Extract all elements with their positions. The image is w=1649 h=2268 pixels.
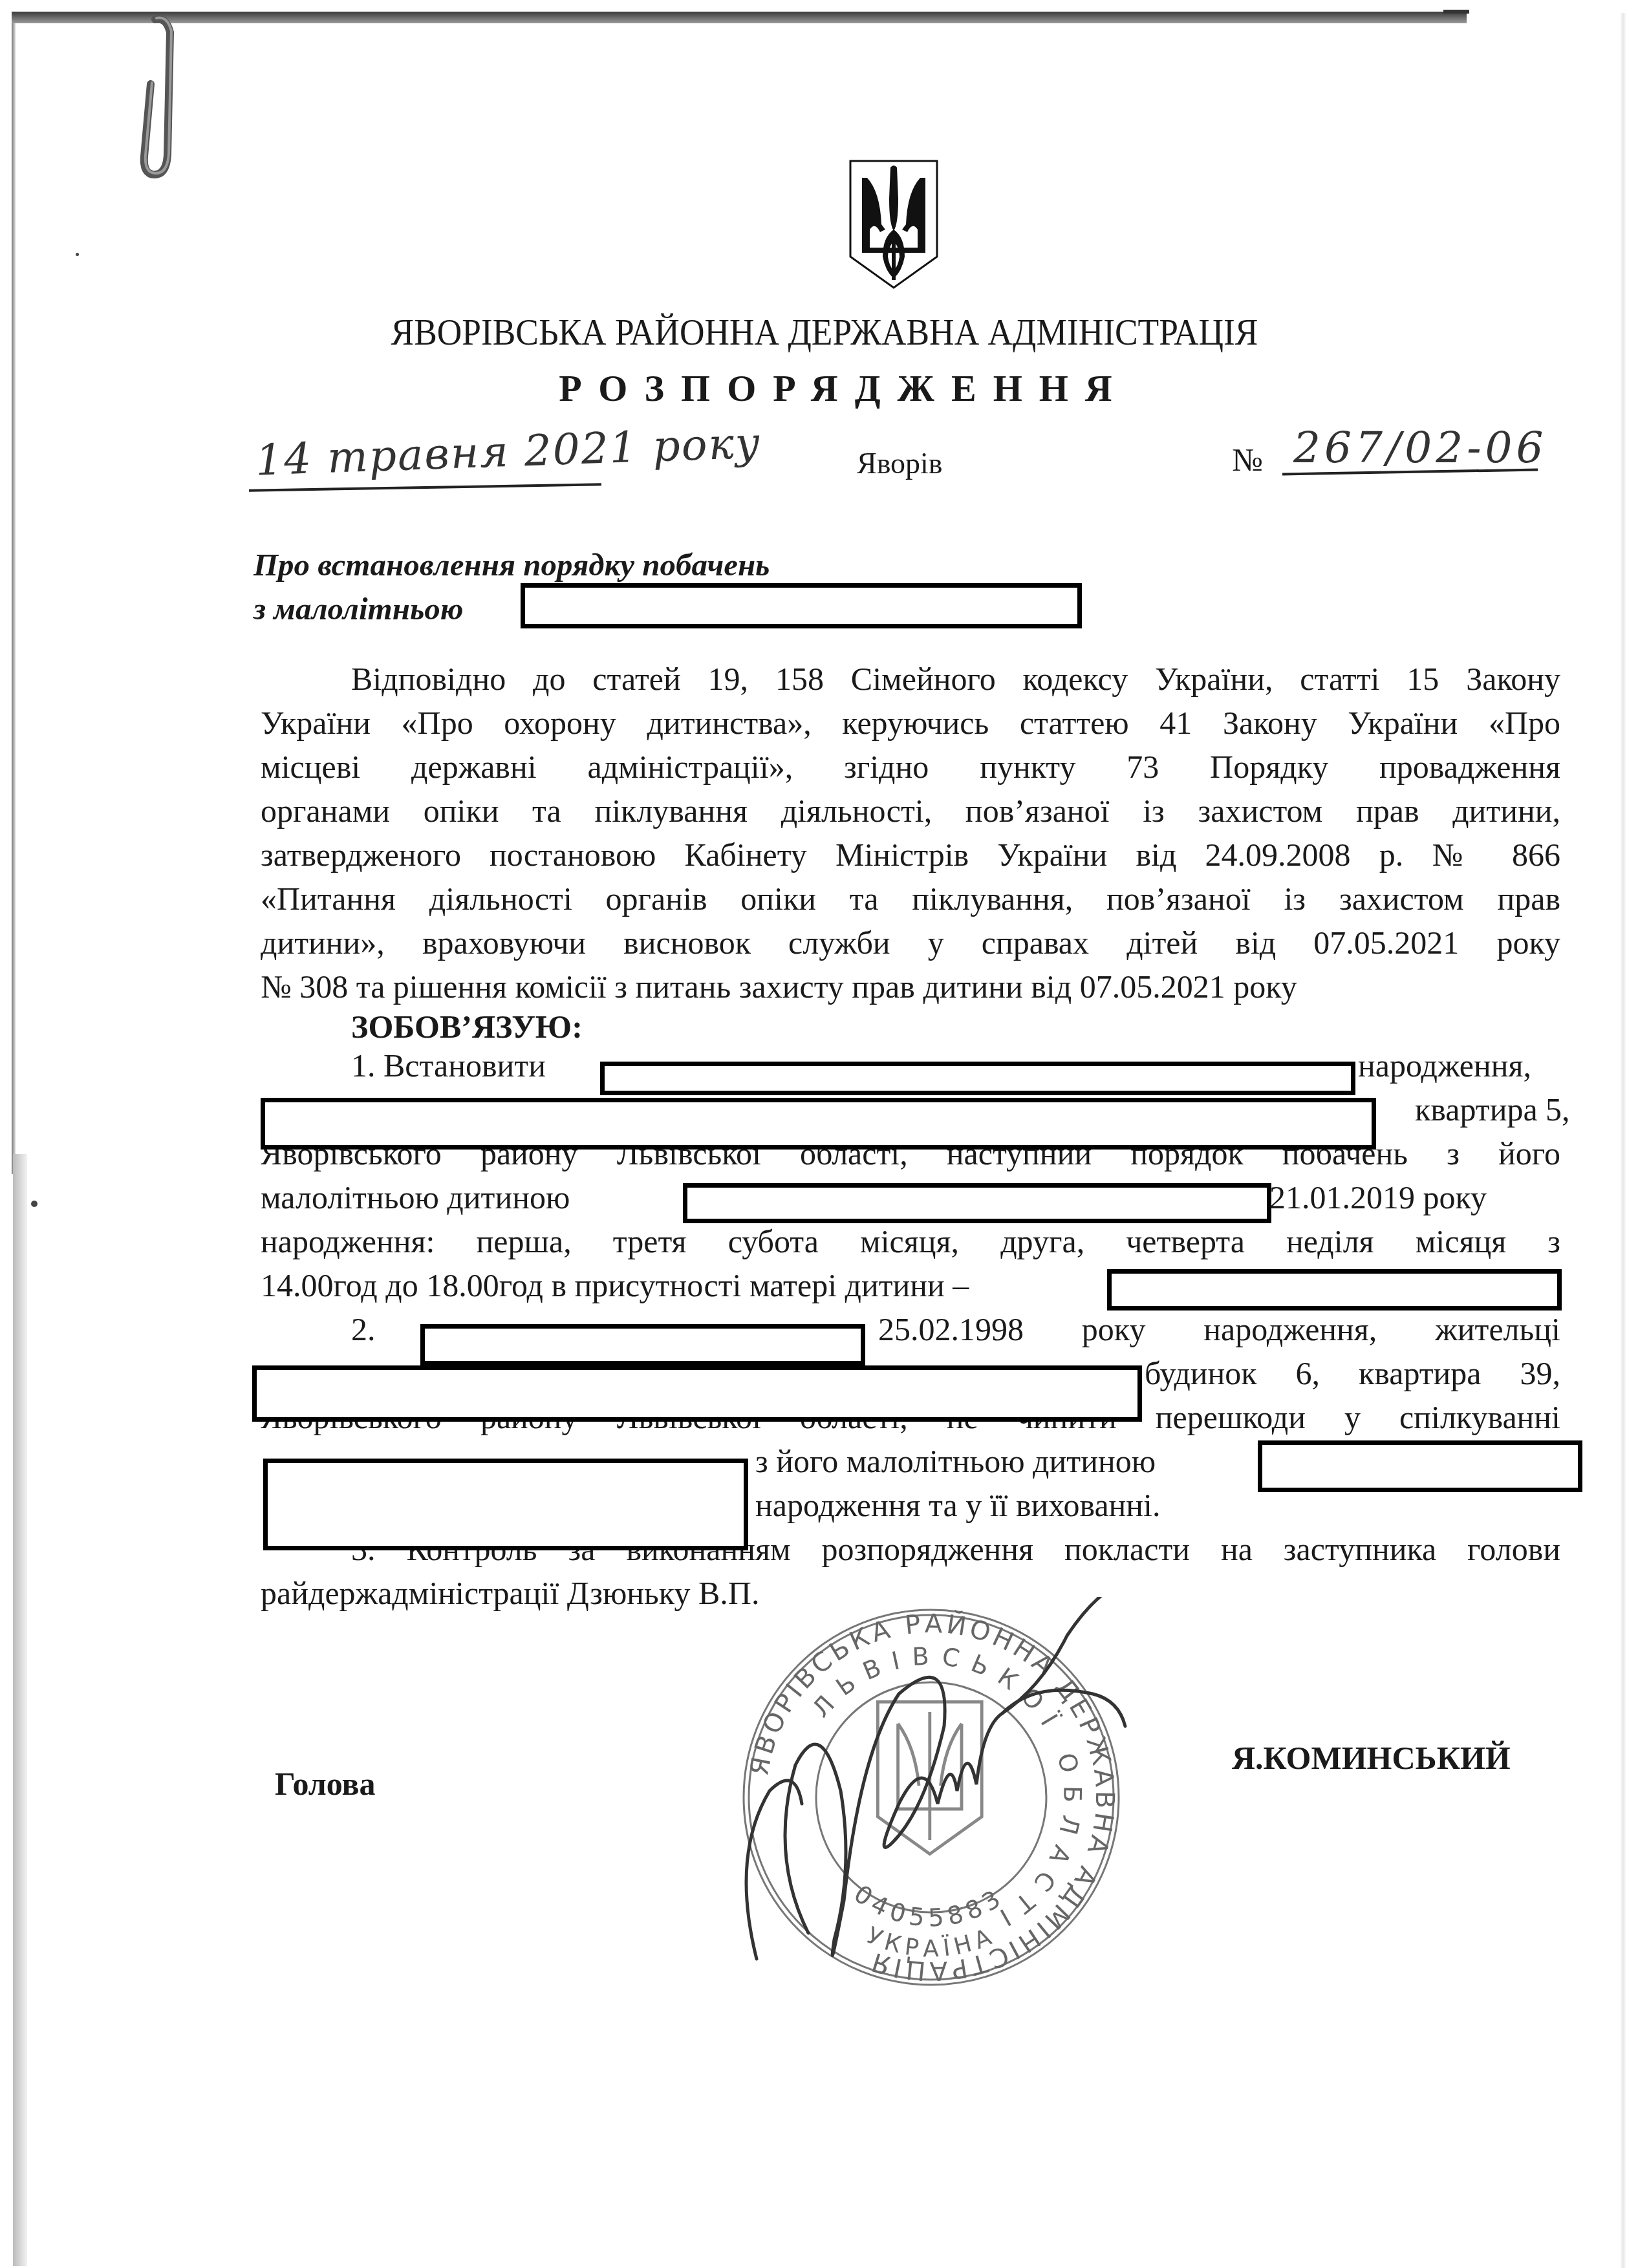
scan-speck (76, 253, 79, 256)
item2-line: народження та у її вихованні. (755, 1482, 1337, 1528)
document-type-title: РОЗПОРЯДЖЕННЯ (0, 367, 1649, 410)
signatory-name: Я.КОМИНСЬКИЙ (1232, 1739, 1511, 1777)
item1-child-label: малолітньою дитиною (261, 1175, 713, 1220)
place: Яворів (857, 446, 943, 480)
preamble-line: «Питання діяльності органів опіки та пік… (261, 876, 1560, 921)
signatory-role: Голова (275, 1765, 376, 1803)
document-meta: 14 травня 2021 року Яворів № 267/02-06 (249, 427, 1568, 498)
redaction-box (683, 1183, 1271, 1223)
item1-start: 1. Встановити (351, 1043, 610, 1088)
redaction-box (521, 583, 1082, 628)
item2-start: 2. (351, 1307, 403, 1352)
redaction-box (263, 1459, 748, 1550)
date-underline (249, 483, 601, 492)
subject-line-1: Про встановлення порядку побачень (253, 543, 770, 587)
page-edge-right (1620, 13, 1626, 2268)
redaction-box (600, 1062, 1355, 1095)
redaction-box (261, 1098, 1376, 1150)
item1-apartment: квартира 5, (1415, 1087, 1564, 1132)
preamble-line: місцеві державні адміністрації», згідно … (261, 744, 1560, 789)
scan-speck (31, 1201, 38, 1207)
preamble-line: органами опіки та піклування діяльності,… (261, 788, 1560, 833)
organization-title: ЯВОРІВСЬКА РАЙОННА ДЕРЖАВНА АДМІНІСТРАЦІ… (66, 310, 1583, 354)
preamble-line: № 308 та рішення комісії з питань захист… (261, 964, 1560, 1009)
official-stamp: ЯВОРІВСЬКА РАЙОННА ДЕРЖАВНА АДМІНІСТРАЦІ… (731, 1597, 1132, 1998)
paperclip-icon (139, 13, 191, 184)
page-edge-left-lower (13, 1154, 27, 2266)
item2-child: з його малолітньою дитиною (755, 1439, 1208, 1484)
page-edge-left (12, 23, 16, 1174)
handwritten-date: 14 травня 2021 року (255, 418, 762, 485)
scan-border-top-right (1443, 10, 1469, 14)
scan-border-top (12, 12, 1467, 23)
item1-line: народження: перша, третя субота місяця, … (261, 1219, 1560, 1264)
number-label: № (1232, 441, 1263, 478)
item2-address: будинок 6, квартира 39, (1145, 1351, 1560, 1396)
preamble-line: України «Про охорону дитинства», керуючи… (261, 700, 1560, 745)
item1-child-birthdate: 21.01.2019 року (1269, 1175, 1560, 1220)
preamble-line: дитини», враховуючи висновок служби у сп… (261, 920, 1560, 965)
redaction-box (1258, 1440, 1582, 1492)
preamble-line: Відповідно до статей 19, 158 Сімейного к… (261, 656, 1560, 701)
item2-birthdate: 25.02.1998 року народження, жительці (878, 1307, 1560, 1352)
preamble-line: затвердженого постановою Кабінету Мініст… (261, 832, 1560, 877)
redaction-box (1107, 1269, 1562, 1311)
handwritten-number: 267/02-06 (1293, 423, 1547, 473)
item1-birth-label: народження, (1358, 1043, 1565, 1088)
ukraine-coat-of-arms-icon (849, 160, 938, 289)
redaction-box (420, 1324, 865, 1365)
redaction-box (252, 1365, 1142, 1422)
item1-line: 14.00год до 18.00год в присутності матер… (261, 1263, 1101, 1308)
